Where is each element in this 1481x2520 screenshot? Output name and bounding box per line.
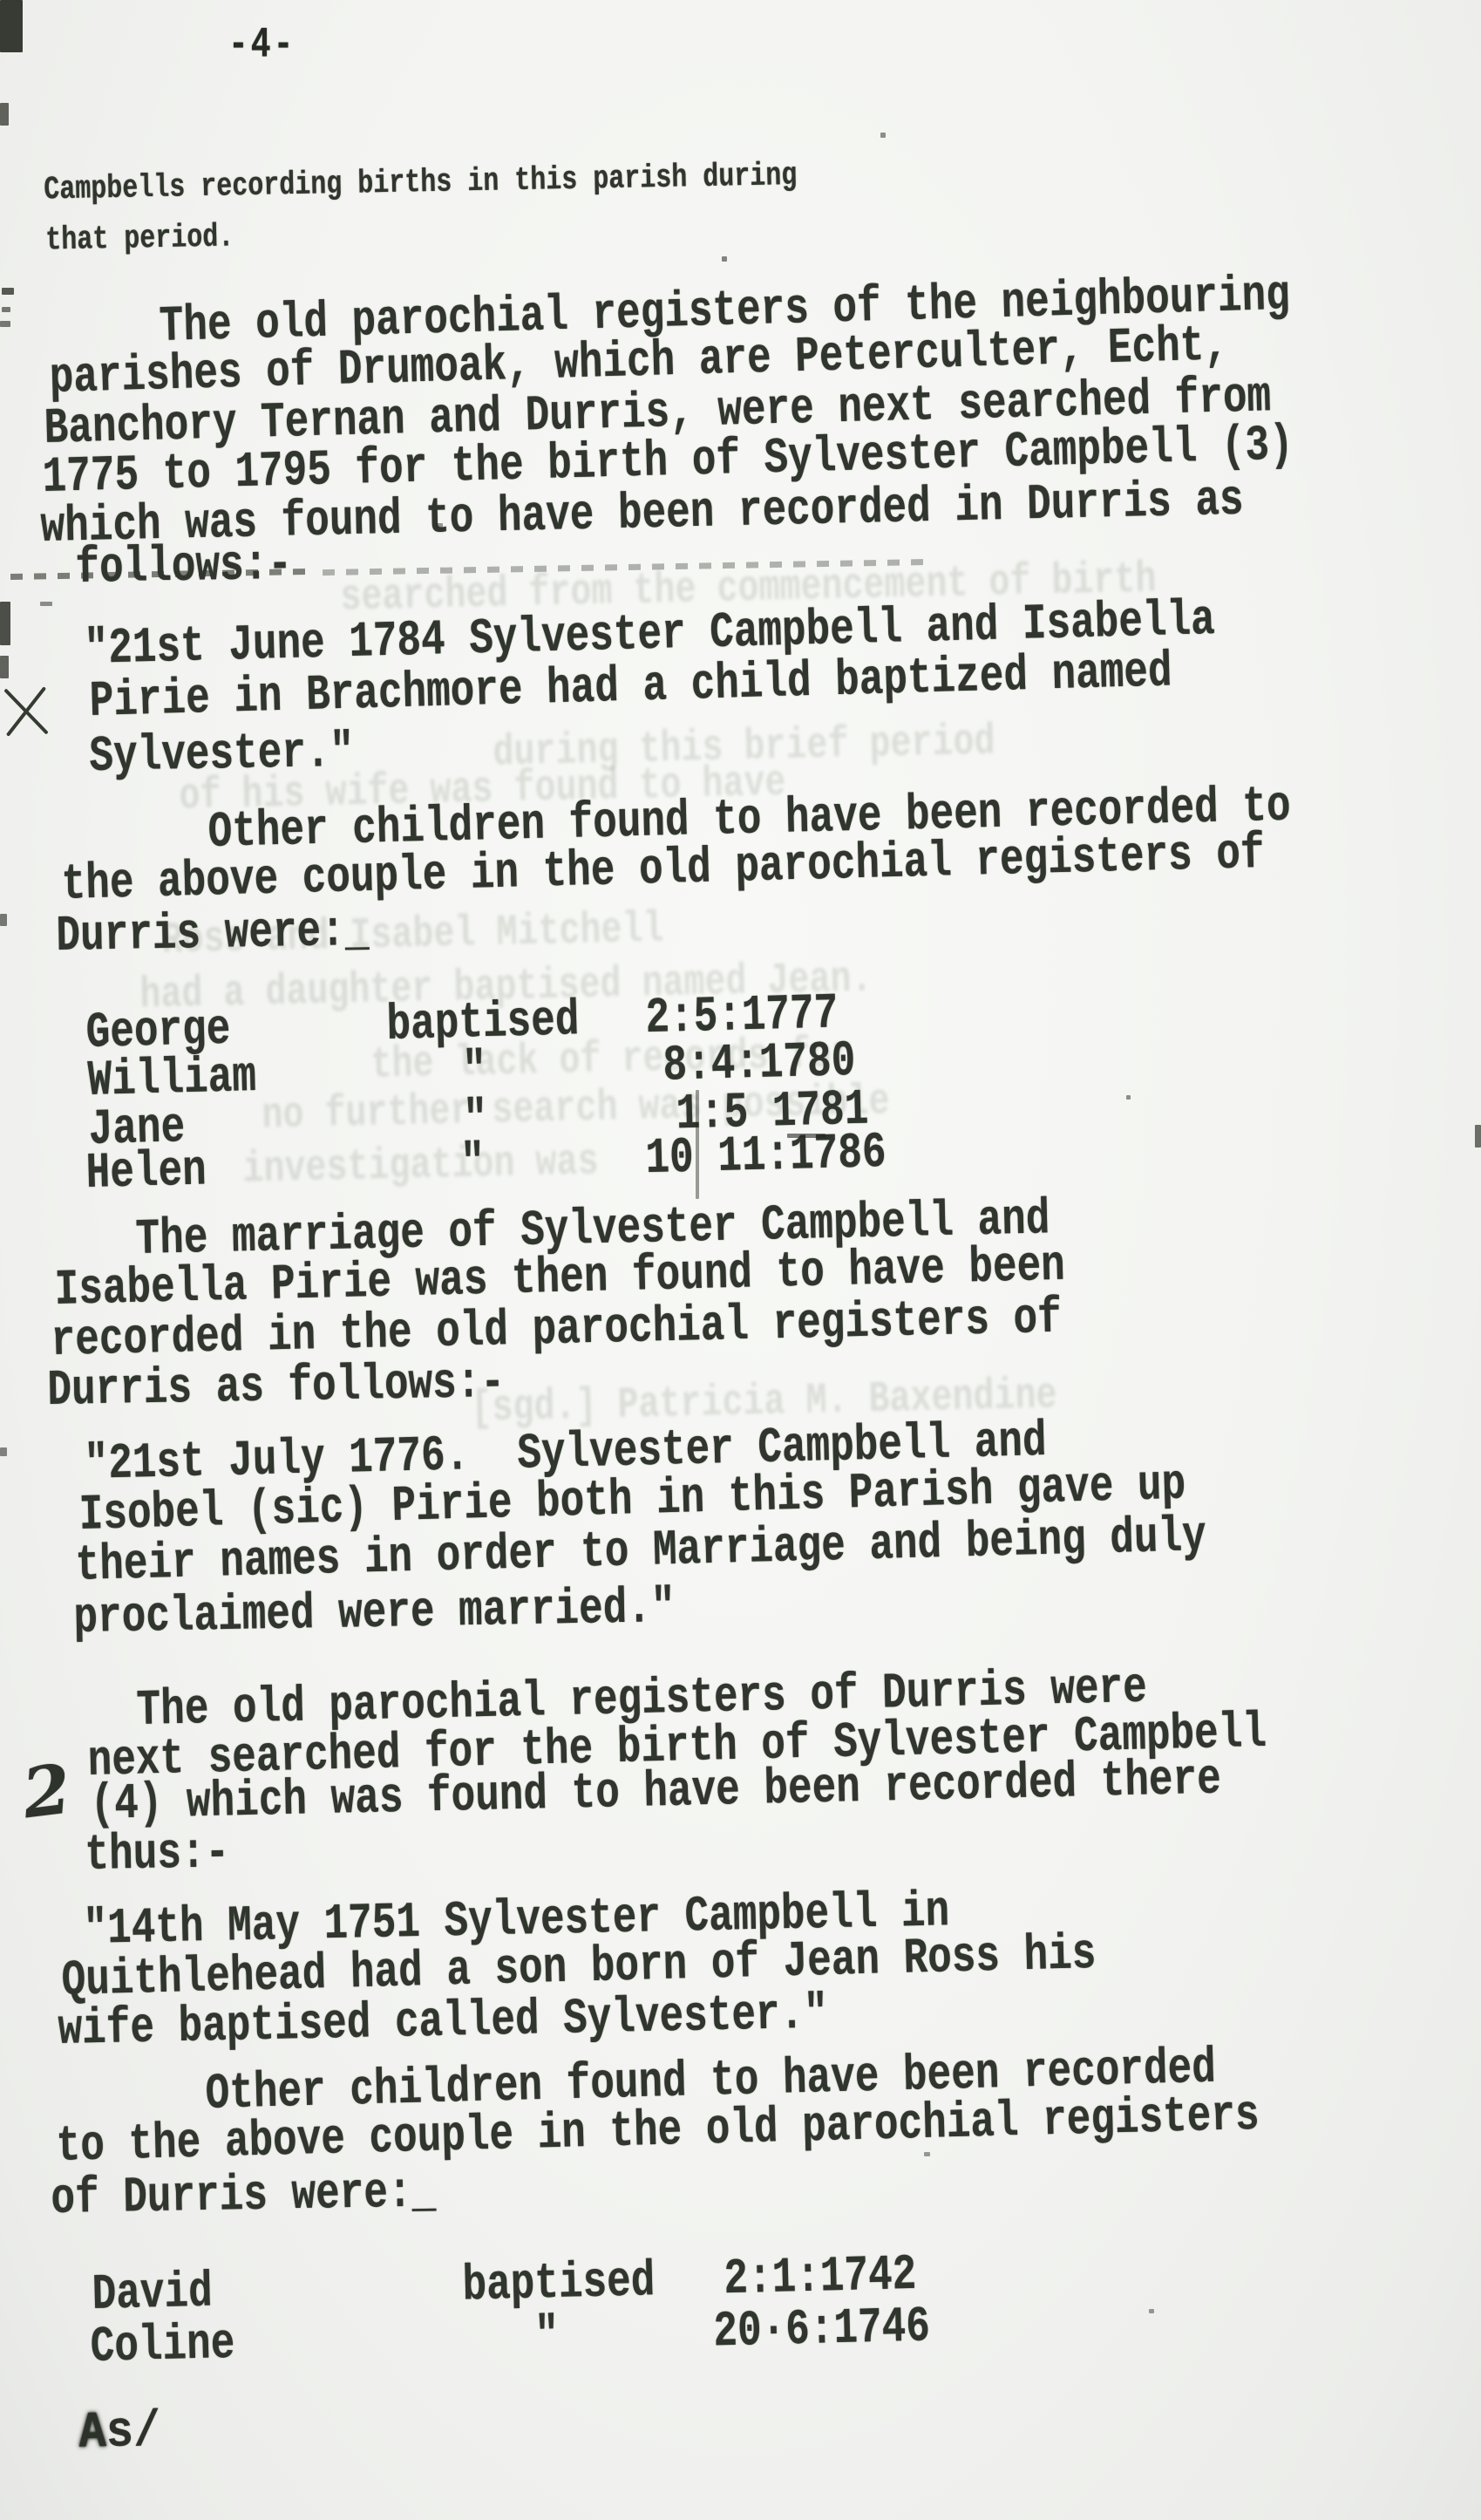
baptism-date: 20·6:1746 [713,2300,931,2359]
text-line: follows:- [75,539,292,596]
scan-speck [436,523,443,528]
scan-speck [1475,1125,1481,1148]
baptised-label: baptised [462,2254,703,2313]
scan-speck [722,256,727,262]
scan-speck [1126,1095,1131,1100]
handwritten-2-annotation: 2 [19,1755,74,1829]
text-line: Durris as follows:- [47,1357,505,1418]
scan-speck [2,307,10,312]
typist-initials: As/ [78,2407,161,2459]
baptism-date: 10 11:1786 [645,1127,887,1186]
text-line: Durris were:_ [56,905,370,964]
scan-speck [0,321,10,327]
scan-speck [0,103,9,126]
text-line: of Durris were:_ [51,2166,437,2226]
scan-speck [0,0,23,52]
scan-speck [0,914,7,926]
text-line: Sylvester." [89,726,355,784]
text-line: that period. [45,221,234,260]
scan-speck [2,288,14,295]
scan-speck [40,602,52,606]
child-name: Helen [85,1140,387,1201]
baptism-date: 2:1:1742 [724,2249,917,2306]
scan-speck [1149,2309,1154,2313]
ditto-mark: " [386,1133,646,1193]
child-name: Coline [90,2312,461,2374]
text-line: proclaimed were married." [73,1582,676,1645]
scanned-document-page: -4- searched from the commencement of bi… [0,0,1481,2520]
scan-speck [0,602,10,645]
ditto-mark: " [460,2306,701,2366]
scan-speck [0,656,9,678]
scan-speck [696,1090,699,1199]
scan-speck [787,1134,825,1138]
scan-speck [0,1447,7,1456]
text-line: Campbells recording births in this paris… [44,160,798,208]
scan-speck [924,2152,930,2156]
text-line: thus:- [85,1827,230,1883]
x-mark-annotation [0,684,51,739]
scan-speck [880,133,886,138]
page-number: -4- [228,24,296,67]
